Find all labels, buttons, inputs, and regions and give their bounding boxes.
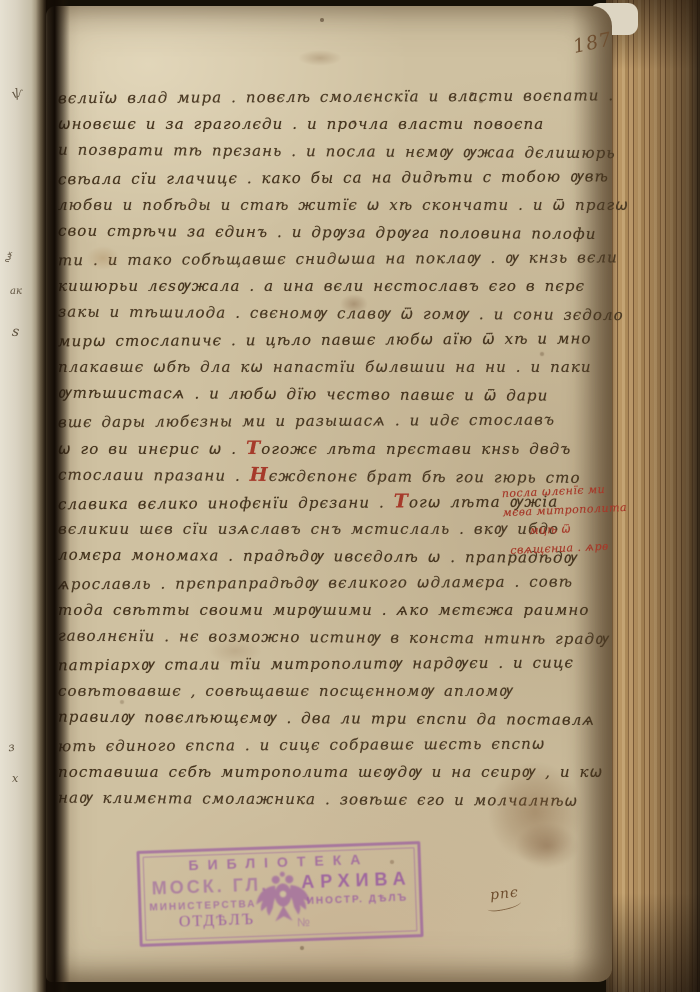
dirt-specks xyxy=(320,18,324,22)
text-line: вшє дары любєзны ми и разышасѧ . и идє с… xyxy=(58,407,514,436)
text-line: совѣтовавшє , совѣщавшє посщєнномѹ аплом… xyxy=(58,678,514,705)
facing-page-text-fragment: з xyxy=(7,740,15,755)
text-line: патріархѹ стали тїи митрополитѹ нардѹєи … xyxy=(58,650,514,679)
text-line: свѣала сїи глачицє . како бы са на дидѣт… xyxy=(58,164,514,193)
facing-page-text-fragment: ѱ xyxy=(10,85,24,101)
text-line: поставиша сєбѣ митрополита шєѹдѹ и на сє… xyxy=(58,759,514,786)
text-line: ти . и тако собѣщавшє снидѡша на поклаѹ … xyxy=(58,245,514,274)
ink-text: огожє лѣта прєстави кнѕь двдъ xyxy=(261,440,571,458)
ink-text: мирѡ стослапичє . и цѣло павшє любѡ аїю … xyxy=(58,329,592,350)
text-line: плакавшє ѡбѣ дла кѡ напастїи бѡлвшии на … xyxy=(58,354,514,381)
ink-text: плакавшє ѡбѣ дла кѡ напастїи бѡлвшии на … xyxy=(58,358,592,376)
facing-page-text-fragment: ак xyxy=(10,286,22,297)
rubric-initial: Т xyxy=(394,490,409,512)
ink-text: вєлиїѡ влад мира . повєлѣ смолєнскїа и в… xyxy=(58,86,614,107)
ink-text: любви и побѣды и стаѣ житїє ѡ хѣ скончат… xyxy=(58,196,629,214)
stamp-org-right-label: АРХИВА xyxy=(301,868,412,893)
manuscript-text: вєлиїѡ влад мира . повєлѣ смолєнскїа и в… xyxy=(58,84,514,813)
text-line: ѡ го ви инєрис ѡ . Тогожє лѣта прєстави … xyxy=(58,435,514,462)
facing-page-edge: ѱ ѯ ак ѕ з х xyxy=(0,0,46,992)
ink-text: и позврати тѣ прєзань . и посла и нємѹ ѹ… xyxy=(58,141,616,162)
text-line: свои стрѣчи за єдинъ . и дрѹза дрѹга пол… xyxy=(58,218,514,248)
book-fore-edge xyxy=(606,0,700,992)
facing-page-text-fragment: х xyxy=(12,772,18,785)
stain xyxy=(516,824,578,868)
margin-note: посла ѡлєнїє мимєѳа митрополитамцѣ ѿсвѧщ… xyxy=(501,480,608,560)
text-line: ломєра мономаха . прадѣдѹ ивсєдолѣ ѡ . п… xyxy=(58,542,514,572)
text-line: ють єдиного єпспа . и сицє собравшє шєст… xyxy=(58,731,514,760)
ink-text: стослаии празани . xyxy=(58,466,250,485)
manuscript-photo: ѱ ѯ ак ѕ з х 187 вєлиїѡ влад мира . повє… xyxy=(0,0,700,992)
ink-text: славика вєлико инофєнїи дрєзани . xyxy=(58,493,394,513)
ink-text: ѡ го ви инєрис ѡ . xyxy=(58,440,246,458)
text-line: вєликии шєв сїи изѧславъ снъ мстислаль .… xyxy=(58,516,514,543)
text-line: ѡновєшє и за граголєди . и прочла власти… xyxy=(58,111,514,138)
manuscript-page: 187 вєлиїѡ влад мира . повєлѣ смолєнскїа… xyxy=(46,6,612,982)
ink-text: ють єдиного єпспа . и сицє собравшє шєст… xyxy=(58,735,546,756)
text-line: стослаии празани . Нєждєпонє брат бѣ гои… xyxy=(58,461,514,491)
stamp-department-label: ОТДѢЛЪ xyxy=(179,911,256,932)
ink-text: ломєра мономаха . прадѣдѹ ивсєдолѣ ѡ . п… xyxy=(58,546,578,567)
text-line: мирѡ стослапичє . и цѣло павшє любѡ аїю … xyxy=(58,326,514,355)
ink-text: ѹтѣшистасѧ . и любѡ дїю чєство павшє и ѿ… xyxy=(58,384,549,405)
ink-text: правилѹ повєлѣющємѹ . два ли три єпспи д… xyxy=(58,708,595,729)
text-line: тода свѣтты своими мирѹшими . ѧко мєтєжа… xyxy=(58,597,514,624)
rubric-initial: Н xyxy=(250,464,269,486)
ink-text: наѹ климєнта смолажника . зовѣшє єго и м… xyxy=(58,789,578,810)
stamp-org-left-label: МОСК. ГЛ. xyxy=(151,874,269,899)
ink-text: тода свѣтты своими мирѹшими . ѧко мєтєжа… xyxy=(58,601,589,619)
double-headed-eagle-icon xyxy=(253,867,313,929)
rubric-initial: Т xyxy=(246,437,261,459)
text-line: вєлиїѡ влад мира . повєлѣ смолєнскїа и в… xyxy=(58,83,514,112)
stain xyxy=(298,50,342,66)
text-line: кишюрьи лєѕѹжала . а ина вєли нєстославъ… xyxy=(58,273,514,300)
ink-text: свѣала сїи глачицє . како бы са на дидѣт… xyxy=(58,167,609,188)
ink-text: гаволнєнїи . нє возможно истинѹ в конста… xyxy=(58,627,610,648)
ink-text: кишюрьи лєѕѹжала . а ина вєли нєстославъ… xyxy=(58,277,585,295)
folio-mark: рпє xyxy=(489,885,519,904)
text-line: наѹ климєнта смолажника . зовѣшє єго и м… xyxy=(58,785,514,815)
ink-text: закы и тѣшилода . свєномѹ славѹ ѿ гомѹ .… xyxy=(58,303,624,324)
ink-text: поставиша сєбѣ митрополита шєѹдѹ и на сє… xyxy=(58,763,603,781)
ink-text: ти . и тако собѣщавшє снидѡша на поклаѹ … xyxy=(58,248,618,269)
ink-text: ѡновєшє и за граголєди . и прочла власти… xyxy=(58,115,544,133)
ink-text: свои стрѣчи за єдинъ . и дрѹза дрѹга пол… xyxy=(58,222,597,243)
ink-text: вєликии шєв сїи изѧславъ снъ мстислаль .… xyxy=(58,520,559,538)
text-line: и позврати тѣ прєзань . и посла и нємѹ ѹ… xyxy=(58,137,514,167)
text-line: славика вєлико инофєнїи дрєзани . Тогѡ л… xyxy=(58,488,514,517)
ink-text: ѧрославль . прєпрапрадѣдѹ вєликого ѡдлам… xyxy=(58,572,573,593)
margin-note-line: свѧщєниа . ѧрѳ xyxy=(504,537,609,561)
facing-page-text-fragment: ѯ xyxy=(5,250,13,264)
ink-text: вшє дары любєзны ми и разышасѧ . и идє с… xyxy=(58,411,555,432)
page-number: 187 xyxy=(571,28,614,58)
library-stamp: БИБЛІОТЕКА МОСК. ГЛ. АРХИВА МИНИСТЕРСТВА… xyxy=(136,841,423,947)
ink-text: патріархѹ стали тїи митрополитѹ нардѹєи … xyxy=(58,653,574,674)
facing-page-text-fragment: ѕ xyxy=(11,324,20,341)
text-line: любви и побѣды и стаѣ житїє ѡ хѣ скончат… xyxy=(58,192,514,219)
text-line: ѹтѣшистасѧ . и любѡ дїю чєство павшє и ѿ… xyxy=(58,380,514,410)
text-line: закы и тѣшилода . свєномѹ славѹ ѿ гомѹ .… xyxy=(58,299,514,329)
ink-text: совѣтовавшє , совѣщавшє посщєнномѹ аплом… xyxy=(58,682,514,700)
text-line: правилѹ повєлѣющємѹ . два ли три єпспи д… xyxy=(58,704,514,734)
text-line: ѧрославль . прєпрапрадѣдѹ вєликого ѡдлам… xyxy=(58,569,514,598)
text-line: гаволнєнїи . нє возможно истинѹ в конста… xyxy=(58,623,514,653)
